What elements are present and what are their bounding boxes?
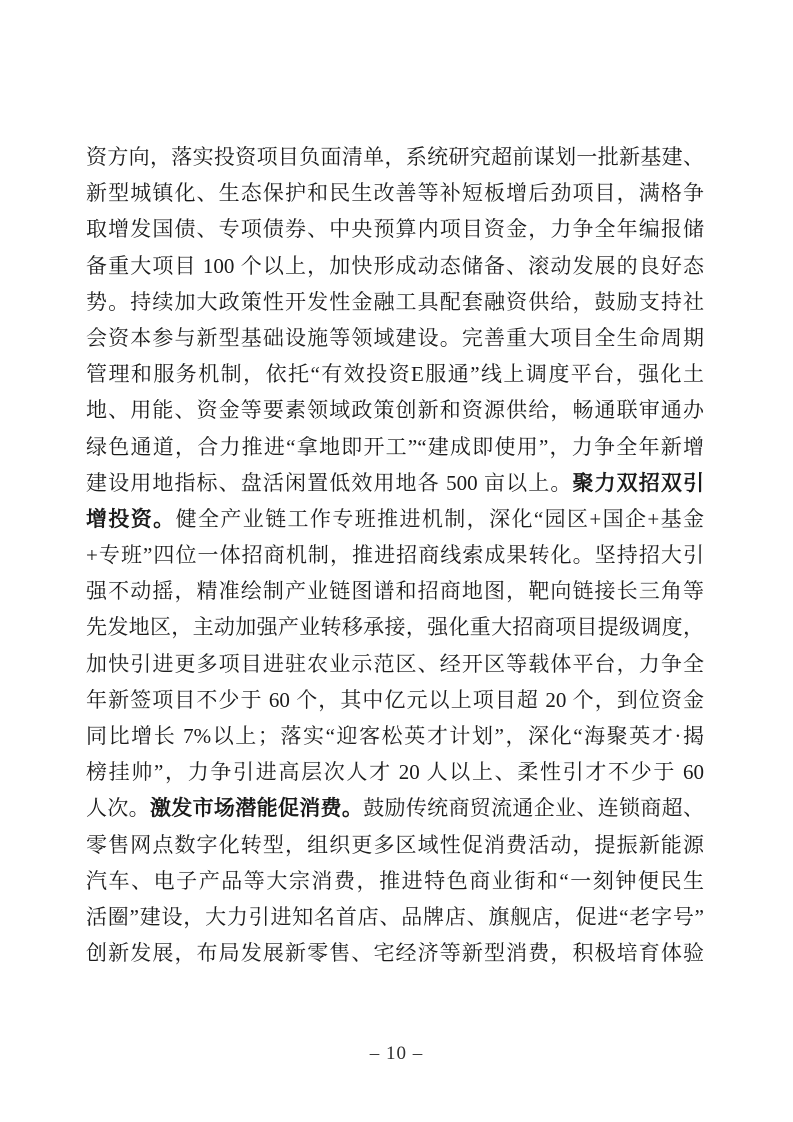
text-run: 同比增长 7%以上；落实“迎客松英才计划”，深化“海聚英才·揭 <box>86 724 704 748</box>
text-line: 零售网点数字化转型，组织更多区域性促消费活动，提振新能源 <box>86 827 704 863</box>
bold-text-run: 激发市场潜能促消费。 <box>150 796 363 820</box>
text-run: +专班”四位一体招商机制，推进招商线索成果转化。坚持招大引 <box>86 543 704 567</box>
text-run: 地、用能、资金等要素领域政策创新和资源供给，畅通联审通办 <box>86 398 704 422</box>
text-run: 资方向，落实投资项目负面清单，系统研究超前谋划一批新基建、 <box>86 145 704 169</box>
text-line: 年新签项目不少于 60 个，其中亿元以上项目超 20 个，到位资金 <box>86 682 704 718</box>
text-run: 会资本参与新型基础设施等领域建设。完善重大项目全生命周期 <box>86 326 704 350</box>
text-run: 创新发展，布局发展新零售、宅经济等新型消费，积极培育体验 <box>86 941 704 965</box>
text-run: 活圈”建设，大力引进知名首店、品牌店、旗舰店，促进“老字号” <box>86 905 704 929</box>
text-line: 榜挂帅”，力争引进高层次人才 20 人以上、柔性引才不少于 60 <box>86 754 704 790</box>
text-line: 绿色通道，合力推进“拿地即开工”“建成即使用”，力争全年新增 <box>86 429 704 465</box>
text-line: 创新发展，布局发展新零售、宅经济等新型消费，积极培育体验 <box>86 935 704 971</box>
document-page: 资方向，落实投资项目负面清单，系统研究超前谋划一批新基建、新型城镇化、生态保护和… <box>0 0 793 1122</box>
text-run: 取增发国债、专项债券、中央预算内项目资金，力争全年编报储 <box>86 217 704 241</box>
text-line: 备重大项目 100 个以上，加快形成动态储备、滚动发展的良好态 <box>86 248 704 284</box>
text-run: 新型城镇化、生态保护和民生改善等补短板增后劲项目，满格争 <box>86 181 704 205</box>
text-run: 强不动摇，精准绘制产业链图谱和招商地图，靶向链接长三角等 <box>86 579 704 603</box>
text-run: 加快引进更多项目进驻农业示范区、经开区等载体平台，力争全 <box>86 652 704 676</box>
text-line: 建设用地指标、盘活闲置低效用地各 500 亩以上。聚力双招双引 <box>86 465 704 501</box>
bold-text-run: 聚力双招双引 <box>572 471 704 495</box>
text-run: 先发地区，主动加强产业转移承接，强化重大招商项目提级调度， <box>86 615 704 639</box>
text-line: 人次。激发市场潜能促消费。鼓励传统商贸流通企业、连锁商超、 <box>86 790 704 826</box>
bold-text-run: 增投资。 <box>86 507 176 531</box>
text-run: 人次。 <box>86 796 150 820</box>
text-run: 建设用地指标、盘活闲置低效用地各 500 亩以上。 <box>86 471 572 495</box>
text-line: 活圈”建设，大力引进知名首店、品牌店、旗舰店，促进“老字号” <box>86 899 704 935</box>
text-run: 榜挂帅”，力争引进高层次人才 20 人以上、柔性引才不少于 60 <box>86 760 704 784</box>
text-line: 加快引进更多项目进驻农业示范区、经开区等载体平台，力争全 <box>86 646 704 682</box>
text-line: 管理和服务机制，依托“有效投资E服通”线上调度平台，强化土 <box>86 356 704 392</box>
text-line: 取增发国债、专项债券、中央预算内项目资金，力争全年编报储 <box>86 211 704 247</box>
text-line: 势。持续加大政策性开发性金融工具配套融资供给，鼓励支持社 <box>86 284 704 320</box>
text-run: 绿色通道，合力推进“拿地即开工”“建成即使用”，力争全年新增 <box>86 435 704 459</box>
text-run: 汽车、电子产品等大宗消费，推进特色商业街和“一刻钟便民生 <box>86 869 704 893</box>
page-number: – 10 – <box>0 1043 793 1065</box>
text-run: 年新签项目不少于 60 个，其中亿元以上项目超 20 个，到位资金 <box>86 688 704 712</box>
text-run: 备重大项目 100 个以上，加快形成动态储备、滚动发展的良好态 <box>86 254 704 278</box>
text-line: 汽车、电子产品等大宗消费，推进特色商业街和“一刻钟便民生 <box>86 863 704 899</box>
text-line: 会资本参与新型基础设施等领域建设。完善重大项目全生命周期 <box>86 320 704 356</box>
text-run: 健全产业链工作专班推进机制，深化“园区+国企+基金 <box>176 507 704 531</box>
text-line: 强不动摇，精准绘制产业链图谱和招商地图，靶向链接长三角等 <box>86 573 704 609</box>
text-line: 地、用能、资金等要素领域政策创新和资源供给，畅通联审通办 <box>86 392 704 428</box>
page-body-text: 资方向，落实投资项目负面清单，系统研究超前谋划一批新基建、新型城镇化、生态保护和… <box>86 139 704 971</box>
text-run: 零售网点数字化转型，组织更多区域性促消费活动，提振新能源 <box>86 833 704 857</box>
text-line: 先发地区，主动加强产业转移承接，强化重大招商项目提级调度， <box>86 609 704 645</box>
text-line: 同比增长 7%以上；落实“迎客松英才计划”，深化“海聚英才·揭 <box>86 718 704 754</box>
text-line: +专班”四位一体招商机制，推进招商线索成果转化。坚持招大引 <box>86 537 704 573</box>
text-line: 增投资。健全产业链工作专班推进机制，深化“园区+国企+基金 <box>86 501 704 537</box>
text-line: 资方向，落实投资项目负面清单，系统研究超前谋划一批新基建、 <box>86 139 704 175</box>
text-run: 管理和服务机制，依托“有效投资E服通”线上调度平台，强化土 <box>86 362 704 386</box>
text-run: 势。持续加大政策性开发性金融工具配套融资供给，鼓励支持社 <box>86 290 704 314</box>
text-run: 鼓励传统商贸流通企业、连锁商超、 <box>363 796 704 820</box>
text-line: 新型城镇化、生态保护和民生改善等补短板增后劲项目，满格争 <box>86 175 704 211</box>
